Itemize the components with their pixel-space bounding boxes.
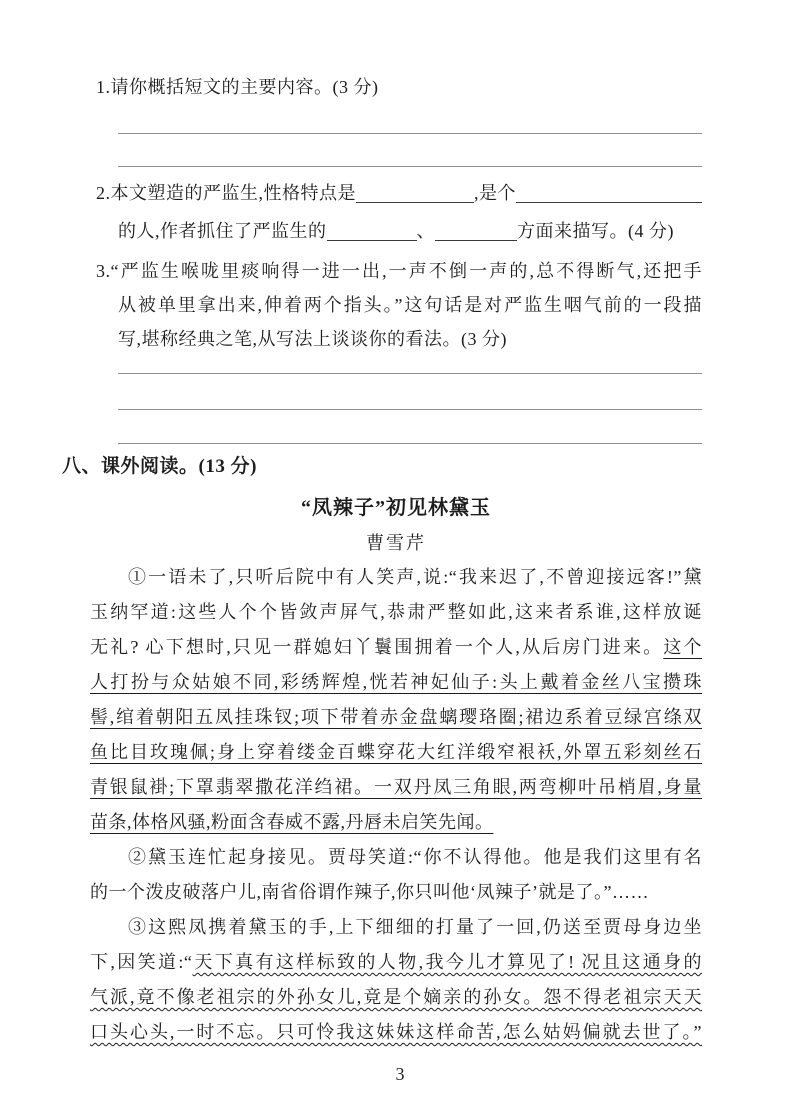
answer-line (118, 410, 702, 444)
underlined-text: 青银鼠褂;下罩翡翠撒花洋绉裙。一双丹凤三角眼,两弯柳叶吊梢眉,身量 (90, 777, 702, 797)
questions-area: 1.请你概括短文的主要内容。(3 分) 2.本文塑造的严监生,性格特点是,是个 … (96, 74, 702, 444)
question-2-text-segment: 、 (417, 221, 436, 241)
underlined-text: 鱼比目玫瑰佩;身上穿着缕金百蝶穿花大红洋缎窄裉袄,外罩五彩刻丝石 (90, 742, 702, 762)
question-2-text-segment: 方面来描写。(4 分) (517, 221, 674, 241)
passage-line: 无礼? 心下想时,只见一群媳妇丫鬟围拥着一个人,从后房门进来。这个 (90, 630, 702, 665)
passage-line: 鱼比目玫瑰佩;身上穿着缕金百蝶穿花大红洋缎窄裉袄,外罩五彩刻丝石 (90, 735, 702, 770)
underlined-text: 这个 (663, 637, 702, 657)
wavy-underlined-text: 气派,竟不像老祖宗的外孙女儿,竟是个嫡亲的孙女。怨不得老祖宗天天 (90, 987, 702, 1007)
passage-line: 气派,竟不像老祖宗的外孙女儿,竟是个嫡亲的孙女。怨不得老祖宗天天 (90, 980, 702, 1015)
passage-line: 玉纳罕道:这些人个个皆敛声屏气,恭肃严整如此,这来者系谁,这样放诞 (90, 595, 702, 630)
passage-author: 曹雪芹 (90, 529, 702, 557)
fill-in-blank (435, 239, 517, 241)
question-2-line-2: 的人,作者抓住了严监生的、方面来描写。(4 分) (96, 218, 702, 244)
reading-passage: “凤辣子”初见林黛玉 曹雪芹 ①一语未了,只听后院中有人笑声,说:“我来迟了,不… (90, 493, 702, 1050)
wavy-underlined-text: 口头心头,一时不忘。只可怜我这妹妹这样命苦,怎么姑妈偏就去世了。” (90, 1022, 702, 1042)
question-3-line-3: 写,堪称经典之笔,从写法上谈谈你的看法。(3 分) (96, 326, 702, 352)
wavy-underlined-text: 天下真有这样标致的人物,我今儿才算见了! 况且这通身的 (192, 952, 702, 972)
passage-line: 的一个泼皮破落户儿,南省俗谓作辣子,你只叫他‘凤辣子’就是了。”…… (90, 875, 702, 910)
passage-line: ③这熙凤携着黛玉的手,上下细细的打量了一回,仍送至贾母身边坐 (90, 910, 702, 945)
passage-line: ①一语未了,只听后院中有人笑声,说:“我来迟了,不曾迎接远客!”黛 (90, 560, 702, 595)
underlined-text: 人打扮与众姑娘不同,彩绣辉煌,恍若神妃仙子:头上戴着金丝八宝攒珠 (90, 672, 702, 692)
page-number: 3 (0, 1063, 800, 1085)
exam-page: 1.请你概括短文的主要内容。(3 分) 2.本文塑造的严监生,性格特点是,是个 … (0, 0, 800, 1109)
underlined-text: 苗条,体格风骚,粉面含春威不露,丹唇未启笑先闻。 (90, 812, 494, 832)
underlined-text: 髻,绾着朝阳五凤挂珠钗;项下带着赤金盘螭璎珞圈;裙边系着豆绿宫绦双 (90, 707, 702, 727)
passage-line: 下,因笑道:“天下真有这样标致的人物,我今儿才算见了! 况且这通身的 (90, 945, 702, 980)
passage-text: 下,因笑道:“ (90, 952, 192, 972)
passage-line: 人打扮与众姑娘不同,彩绣辉煌,恍若神妃仙子:头上戴着金丝八宝攒珠 (90, 665, 702, 700)
passage-text: 无礼? 心下想时,只见一群媳妇丫鬟围拥着一个人,从后房门进来。 (90, 637, 663, 657)
fill-in-blank (327, 239, 417, 241)
passage-line: 髻,绾着朝阳五凤挂珠钗;项下带着赤金盘螭璎珞圈;裙边系着豆绿宫绦双 (90, 700, 702, 735)
answer-line (118, 134, 702, 167)
fill-in-blank (356, 201, 474, 203)
answer-line (118, 352, 702, 374)
passage-line: ②黛玉连忙起身接见。贾母笑道:“你不认得他。他是我们这里有名 (90, 840, 702, 875)
passage-line: 口头心头,一时不忘。只可怜我这妹妹这样命苦,怎么姑妈偏就去世了。” (90, 1015, 702, 1050)
answer-line (118, 374, 702, 410)
passage-body: ①一语未了,只听后院中有人笑声,说:“我来迟了,不曾迎接远客!”黛 玉纳罕道:这… (90, 560, 702, 1050)
question-3-line-2: 从被单里拿出来,伸着两个指头。”这句话是对严监生咽气前的一段描 (96, 292, 702, 318)
question-3-line-1: 3.“严监生喉咙里痰响得一进一出,一声不倒一声的,总不得断气,还把手 (96, 258, 702, 284)
passage-title: “凤辣子”初见林黛玉 (90, 493, 702, 523)
fill-in-blank (516, 201, 702, 203)
question-1-text: 1.请你概括短文的主要内容。(3 分) (96, 74, 702, 100)
passage-line: 苗条,体格风骚,粉面含春威不露,丹唇未启笑先闻。 (90, 805, 702, 840)
question-2-line-1: 2.本文塑造的严监生,性格特点是,是个 (96, 180, 702, 206)
question-2-text-segment: 2.本文塑造的严监生,性格特点是 (96, 180, 356, 206)
question-2-text-segment: ,是个 (474, 180, 516, 206)
answer-line (118, 100, 702, 134)
question-2-text-segment: 的人,作者抓住了严监生的 (118, 221, 327, 241)
passage-line: 青银鼠褂;下罩翡翠撒花洋绉裙。一双丹凤三角眼,两弯柳叶吊梢眉,身量 (90, 770, 702, 805)
section-heading: 八、课外阅读。(13 分) (62, 453, 702, 481)
